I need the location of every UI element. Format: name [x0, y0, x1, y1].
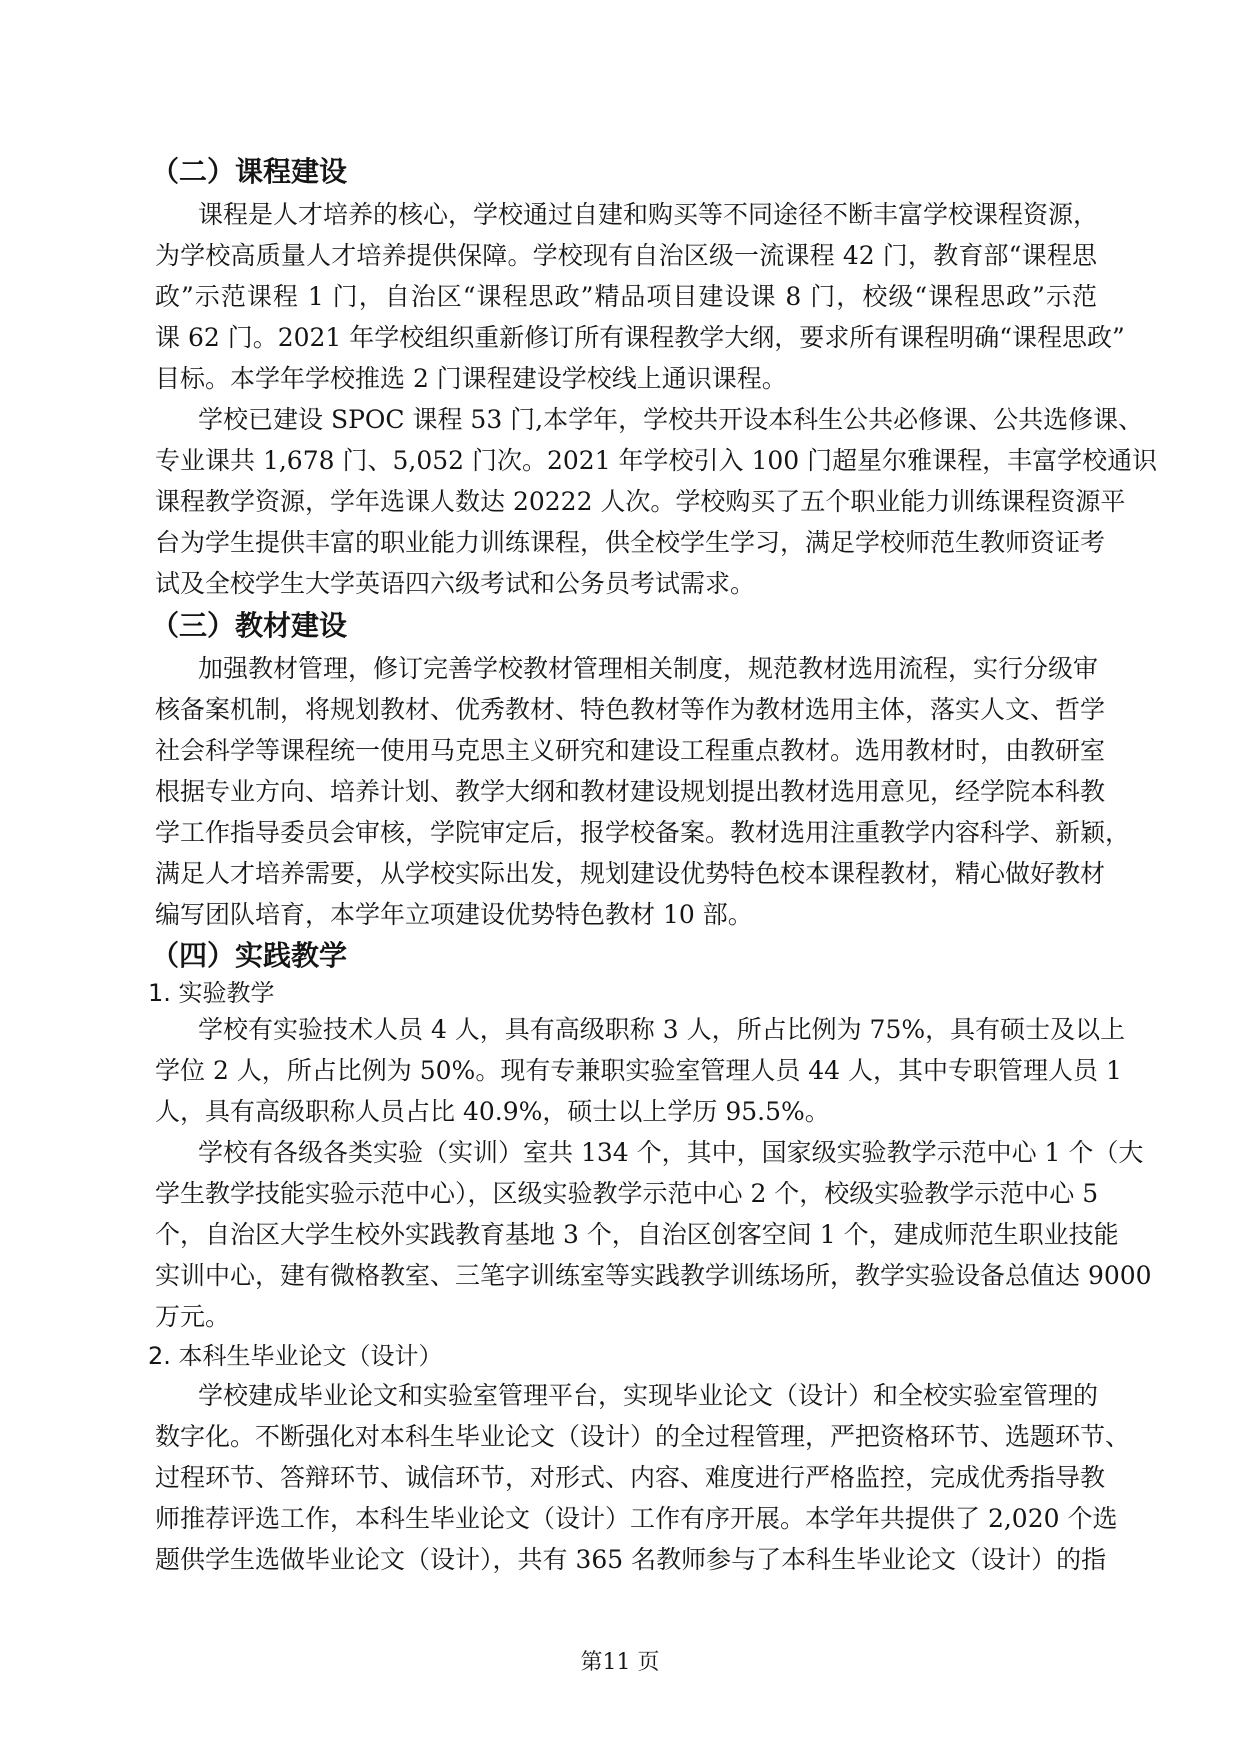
paragraph-line: 目标。本学年学校推选 2 门课程建设学校线上通识课程。: [155, 358, 1097, 399]
paragraph-line: 专业课共 1,678 门、5,052 门次。2021 年学校引入 100 门超星…: [155, 440, 1097, 481]
paragraph-line: 题供学生选做毕业论文（设计），共有 365 名教师参与了本科生毕业论文（设计）的…: [155, 1539, 1097, 1580]
paragraph: 课程是人才培养的核心，学校通过自建和购买等不同途径不断丰富学校课程资源， 为学校…: [155, 194, 1097, 399]
paragraph-line: 万元。: [155, 1296, 1097, 1337]
paragraph-line: 数字化。不断强化对本科生毕业论文（设计）的全过程管理，严把资格环节、选题环节、: [155, 1416, 1097, 1457]
paragraph-line: 学校有实验技术人员 4 人，具有高级职称 3 人，所占比例为 75%，具有硕士及…: [155, 1009, 1097, 1050]
paragraph-line: 课 62 门。2021 年学校组织重新修订所有课程教学大纲，要求所有课程明确“课…: [155, 317, 1097, 358]
paragraph-line: 学校有各级各类实验（实训）室共 134 个，其中，国家级实验教学示范中心 1 个…: [155, 1132, 1097, 1173]
section-heading-course-construction: （二）课程建设: [151, 150, 1097, 194]
paragraph-line: 课程教学资源，学年选课人数达 20222 人次。学校购买了五个职业能力训练课程资…: [155, 481, 1097, 522]
paragraph-line: 台为学生提供丰富的职业能力训练课程，供全校学生学习，满足学校师范生教师资证考: [155, 522, 1097, 563]
paragraph-line: 编写团队培育，本学年立项建设优势特色教材 10 部。: [155, 894, 1097, 935]
paragraph-line: 过程环节、答辩环节、诚信环节，对形式、内容、难度进行严格监控，完成优秀指导教: [155, 1457, 1097, 1498]
paragraph-line: 学位 2 人，所占比例为 50%。现有专兼职实验室管理人员 44 人，其中专职管…: [155, 1050, 1097, 1091]
paragraph-line: 试及全校学生大学英语四六级考试和公务员考试需求。: [155, 563, 1097, 604]
paragraph-line: 学校已建设 SPOC 课程 53 门,本学年，学校共开设本科生公共必修课、公共选…: [155, 399, 1097, 440]
paragraph-line: 政”示范课程 1 门，自治区“课程思政”精品项目建设课 8 门，校级“课程思政”…: [155, 276, 1097, 317]
paragraph-line: 个，自治区大学生校外实践教育基地 3 个，自治区创客空间 1 个，建成师范生职业…: [155, 1214, 1097, 1255]
paragraph-line: 学生教学技能实验示范中心），区级实验教学示范中心 2 个，校级实验教学示范中心 …: [155, 1173, 1097, 1214]
paragraph: 学校已建设 SPOC 课程 53 门,本学年，学校共开设本科生公共必修课、公共选…: [155, 399, 1097, 604]
paragraph-line: 实训中心，建有微格教室、三笔字训练室等实践教学训练场所，教学实验设备总值达 90…: [155, 1255, 1097, 1296]
paragraph-line: 学校建成毕业论文和实验室管理平台，实现毕业论文（设计）和全校实验室管理的: [155, 1375, 1097, 1416]
page-number: 第11 页: [0, 1649, 1240, 1677]
paragraph-line: 为学校高质量人才培养提供保障。学校现有自治区级一流课程 42 门，教育部“课程思: [155, 235, 1097, 276]
paragraph-line: 核备案机制，将规划教材、优秀教材、特色教材等作为教材选用主体，落实人文、哲学: [155, 689, 1097, 730]
section-heading-textbook-construction: （三）教材建设: [151, 604, 1097, 648]
paragraph-line: 满足人才培养需要，从学校实际出发，规划建设优势特色校本课程教材，精心做好教材: [155, 853, 1097, 894]
subsection-heading-graduation-thesis: 2. 本科生毕业论文（设计）: [148, 1337, 1097, 1375]
paragraph: 学校建成毕业论文和实验室管理平台，实现毕业论文（设计）和全校实验室管理的 数字化…: [155, 1375, 1097, 1580]
subsection-heading-lab-teaching: 1. 实验教学: [148, 977, 1097, 1009]
section-heading-practical-teaching: （四）实践教学: [151, 935, 1097, 977]
paragraph: 学校有各级各类实验（实训）室共 134 个，其中，国家级实验教学示范中心 1 个…: [155, 1132, 1097, 1337]
paragraph-line: 人，具有高级职称人员占比 40.9%，硕士以上学历 95.5%。: [155, 1091, 1097, 1132]
paragraph-line: 学工作指导委员会审核，学院审定后，报学校备案。教材选用注重教学内容科学、新颖，: [155, 812, 1097, 853]
paragraph-line: 社会科学等课程统一使用马克思主义研究和建设工程重点教材。选用教材时，由教研室: [155, 730, 1097, 771]
paragraph-line: 师推荐评选工作，本科生毕业论文（设计）工作有序开展。本学年共提供了 2,020 …: [155, 1498, 1097, 1539]
paragraph: 加强教材管理，修订完善学校教材管理相关制度，规范教材选用流程，实行分级审 核备案…: [155, 648, 1097, 935]
paragraph: 学校有实验技术人员 4 人，具有高级职称 3 人，所占比例为 75%，具有硕士及…: [155, 1009, 1097, 1132]
paragraph-line: 根据专业方向、培养计划、教学大纲和教材建设规划提出教材选用意见，经学院本科教: [155, 771, 1097, 812]
page-body: （二）课程建设 课程是人才培养的核心，学校通过自建和购买等不同途径不断丰富学校课…: [155, 150, 1097, 1580]
paragraph-line: 加强教材管理，修订完善学校教材管理相关制度，规范教材选用流程，实行分级审: [155, 648, 1097, 689]
paragraph-line: 课程是人才培养的核心，学校通过自建和购买等不同途径不断丰富学校课程资源，: [155, 194, 1097, 235]
